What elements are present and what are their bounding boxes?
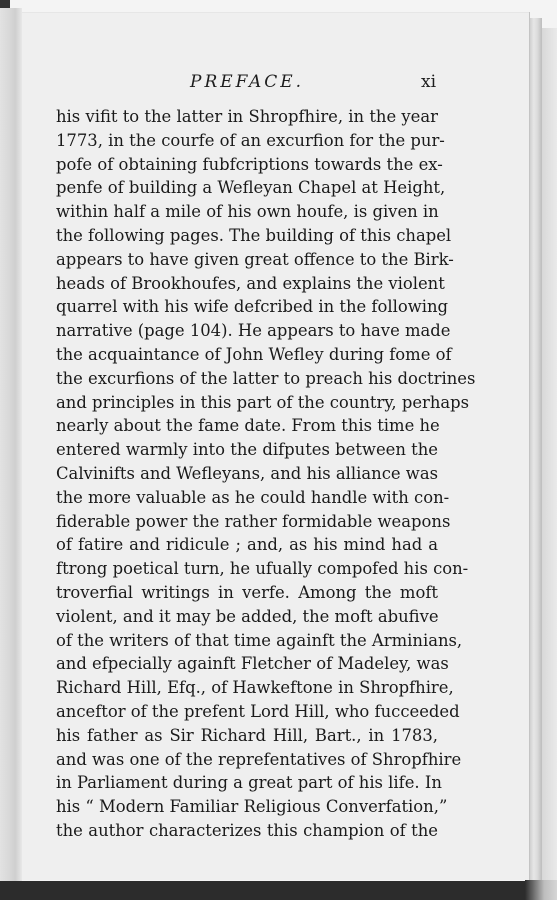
text-line: quarrel with his wife defcribed in the f…	[56, 295, 438, 319]
text-line: violent, and it may be added, the moft a…	[56, 605, 438, 629]
running-head-title: PREFACE.	[190, 72, 304, 92]
text-line: nearly about the fame date. From this ti…	[56, 414, 438, 438]
text-line: Calvinifts and Wefleyans, and his allian…	[56, 462, 438, 486]
text-line: Richard Hill, Efq., of Hawkeftone in Shr…	[56, 676, 438, 700]
text-line: of fatire and ridicule ; and, as his min…	[56, 533, 438, 557]
text-line: anceftor of the prefent Lord Hill, who f…	[56, 700, 438, 724]
text-line: fiderable power the rather formidable we…	[56, 510, 438, 534]
text-line: ftrong poetical turn, he ufually compofe…	[56, 557, 438, 581]
text-line: and efpecially againft Fletcher of Madel…	[56, 652, 438, 676]
text-line: the author characterizes this champion o…	[56, 819, 438, 843]
text-line: pofe of obtaining fubfcriptions towards …	[56, 153, 438, 177]
text-line: and was one of the reprefentatives of Sh…	[56, 748, 438, 772]
text-line: his father as Sir Richard Hill, Bart., i…	[56, 724, 438, 748]
text-line: the more valuable as he could handle wit…	[56, 486, 438, 510]
text-line: within half a mile of his own houfe, is …	[56, 200, 438, 224]
book-edge-outer	[542, 28, 557, 888]
running-head: PREFACE. xi	[22, 72, 530, 98]
text-line: entered warmly into the difputes between…	[56, 438, 438, 462]
text-line: and principles in this part of the count…	[56, 391, 438, 415]
text-line: in Parliament during a great part of his…	[56, 771, 438, 795]
text-line: penfe of building a Wefleyan Chapel at H…	[56, 176, 438, 200]
text-line: narrative (page 104). He appears to have…	[56, 319, 438, 343]
book-gutter-left	[0, 8, 22, 884]
text-line: the following pages. The building of thi…	[56, 224, 438, 248]
text-line: his “ Modern Familiar Religious Converfa…	[56, 795, 438, 819]
text-line: the acquaintance of John Wefley during f…	[56, 343, 438, 367]
text-line: his vifit to the latter in Shropfhire, i…	[56, 105, 438, 129]
scan-bottom-shadow	[0, 881, 540, 900]
text-line: troverfial writings in verfe. Among the …	[56, 581, 438, 605]
text-line: 1773, in the courfe of an excurfion for …	[56, 129, 438, 153]
book-page: PREFACE. xi his vifit to the latter in S…	[22, 12, 530, 880]
text-line: the excurfions of the latter to preach h…	[56, 367, 438, 391]
text-line: heads of Brookhoufes, and explains the v…	[56, 272, 438, 296]
page-stack-edge	[530, 18, 542, 880]
scan-corner-fade	[525, 880, 557, 900]
body-text: his vifit to the latter in Shropfhire, i…	[56, 105, 438, 843]
text-line: appears to have given great offence to t…	[56, 248, 438, 272]
text-line: of the writers of that time againft the …	[56, 629, 438, 653]
page-number: xi	[421, 72, 436, 92]
